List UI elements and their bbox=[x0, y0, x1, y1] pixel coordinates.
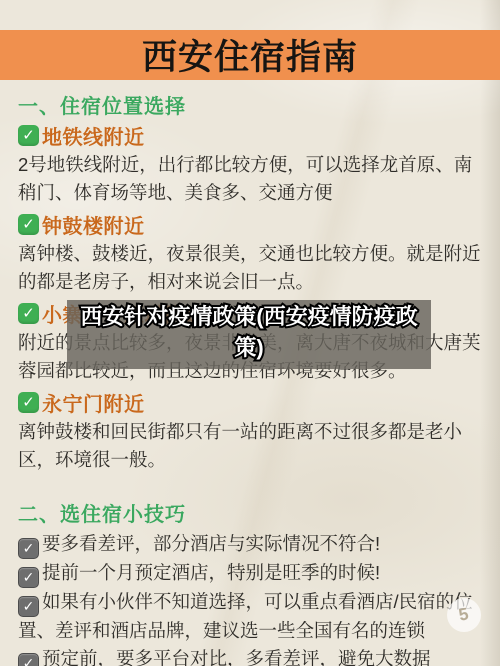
gray-check-icon bbox=[18, 653, 39, 666]
page-title: 西安住宿指南 bbox=[142, 30, 358, 80]
item-desc-subway: 2号地铁线附近，出行都比较方便，可以选择龙首原、南稍门、体育场等地、美食多、交通… bbox=[18, 151, 482, 207]
tip-item: 要多看差评，部分酒店与实际情况不符合! bbox=[18, 530, 482, 559]
watermark-glyph: 5 bbox=[457, 604, 470, 626]
tip-item: 预定前，要多平台对比，多看差评，避免大数据 bbox=[18, 645, 482, 666]
poster-page: 西安住宿指南 一、住宿位置选择 地铁线附近 2号地铁线附近，出行都比较方便，可以… bbox=[0, 0, 500, 666]
tip-text: 预定前，要多平台对比，多看差评，避免大数据 bbox=[42, 648, 431, 666]
item-label-text: 钟鼓楼附近 bbox=[42, 210, 145, 239]
title-banner: 西安住宿指南 bbox=[0, 30, 500, 80]
watermark-logo-icon: 5 bbox=[447, 598, 481, 632]
tip-item: 如果有小伙伴不知道选择，可以重点看酒店/民宿的位置、差评和酒店品牌，建议选一些全… bbox=[18, 588, 482, 645]
item-desc-yongningmen: 离钟鼓楼和回民街都只有一站的距离不过很多都是老小区，环境很一般。 bbox=[18, 418, 482, 474]
gray-check-icon bbox=[18, 538, 39, 559]
tip-item: 提前一个月预定酒店，特别是旺季的时候! bbox=[18, 559, 482, 588]
item-label-bell-drum-tower: 钟鼓楼附近 bbox=[18, 212, 482, 237]
green-check-icon bbox=[18, 303, 39, 324]
poster-content: 一、住宿位置选择 地铁线附近 2号地铁线附近，出行都比较方便，可以选择龙首原、南… bbox=[18, 96, 482, 666]
gray-check-icon bbox=[18, 596, 39, 617]
section1-title: 一、住宿位置选择 bbox=[18, 96, 482, 118]
tip-text: 如果有小伙伴不知道选择，可以重点看酒店/民宿的位置、差评和酒店品牌，建议选一些全… bbox=[18, 591, 473, 641]
item-label-subway: 地铁线附近 bbox=[18, 123, 482, 148]
green-check-icon bbox=[18, 392, 39, 413]
tip-text: 提前一个月预定酒店，特别是旺季的时候! bbox=[42, 562, 380, 583]
green-check-icon bbox=[18, 125, 39, 146]
seo-title-overlay: 西安针对疫情政策(西安疫情防疫政策) bbox=[67, 300, 431, 369]
tip-text: 要多看差评，部分酒店与实际情况不符合! bbox=[42, 533, 380, 554]
item-label-text: 永宁门附近 bbox=[42, 388, 145, 417]
section2-title: 二、选住宿小技巧 bbox=[18, 504, 482, 526]
overlay-title-text: 西安针对疫情政策(西安疫情防疫政策) bbox=[74, 301, 424, 363]
green-check-icon bbox=[18, 214, 39, 235]
item-label-text: 地铁线附近 bbox=[42, 121, 145, 150]
item-label-yongningmen: 永宁门附近 bbox=[18, 390, 482, 415]
gray-check-icon bbox=[18, 567, 39, 588]
item-desc-bell-drum-tower: 离钟楼、鼓楼近，夜景很美，交通也比较方便。就是附近的都是老房子，相对来说会旧一点… bbox=[18, 240, 482, 296]
